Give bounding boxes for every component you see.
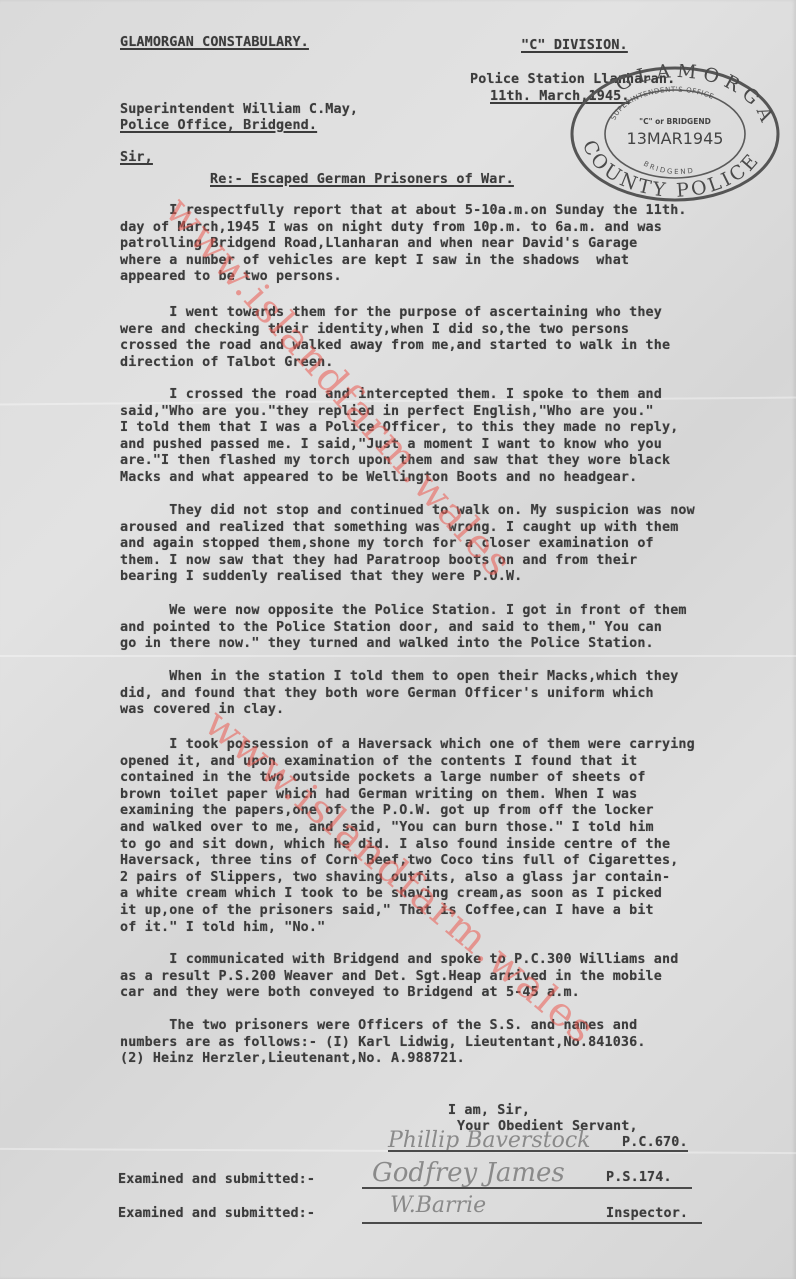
paragraph-line: a white cream which I took to be shaving… bbox=[120, 886, 800, 903]
paragraph-line: said,"Who are you."they replied in perfe… bbox=[120, 404, 800, 421]
paragraph-line: contained in the two outside pockets a l… bbox=[120, 770, 800, 787]
paragraph-line: and pushed passed me. I said,"Just a mom… bbox=[120, 437, 800, 454]
paragraph-line: them. I now saw that they had Paratroop … bbox=[120, 553, 800, 570]
paper-crease bbox=[0, 655, 796, 657]
paragraph-line: I took possession of a Haversack which o… bbox=[120, 737, 800, 754]
paragraph-line: They did not stop and continued to walk … bbox=[120, 503, 800, 520]
signature-line bbox=[362, 1187, 692, 1189]
stamp-date: 13MAR1945 bbox=[627, 129, 724, 148]
paragraph-line: examining the papers,one of the P.O.W. g… bbox=[120, 803, 800, 820]
paragraph-line: I respectfully report that at about 5-10… bbox=[120, 203, 800, 220]
paragraph-line: 2 pairs of Slippers, two shaving outfits… bbox=[120, 870, 800, 887]
paragraph-line: day of March,1945 I was on night duty fr… bbox=[120, 220, 800, 237]
document-page: GLAMORGAN CONSTABULARY. "C" DIVISION. Po… bbox=[0, 0, 796, 1279]
subject-line: Re:- Escaped German Prisoners of War. bbox=[210, 172, 514, 189]
paragraph-communication: I communicated with Bridgend and spoke t… bbox=[120, 952, 800, 1002]
paragraph-line: Macks and what appeared to be Wellington… bbox=[120, 470, 800, 487]
paragraph-line: of it." I told him, "No." bbox=[120, 920, 800, 937]
paragraph-line: The two prisoners were Officers of the S… bbox=[120, 1018, 800, 1035]
svg-text:BRIDGEND: BRIDGEND bbox=[642, 160, 695, 176]
paragraph-line: and walked over to me, and said, "You ca… bbox=[120, 820, 800, 837]
paragraph-line: go in there now." they turned and walked… bbox=[120, 636, 800, 653]
stamp-division-line: "C" or BRIDGEND bbox=[639, 117, 711, 126]
paragraph-interception: I crossed the road and intercepted them.… bbox=[120, 387, 800, 487]
paragraph-line: to go and sit down, which he did. I also… bbox=[120, 837, 800, 854]
signature-rank-pc: P.C.670. bbox=[622, 1135, 688, 1152]
paragraph-line: I crossed the road and intercepted them.… bbox=[120, 387, 800, 404]
signature-ps: Godfrey James bbox=[372, 1158, 565, 1188]
paragraph-line: and pointed to the Police Station door, … bbox=[120, 620, 800, 637]
paragraph-police-station: We were now opposite the Police Station.… bbox=[120, 603, 800, 653]
endorsement-rank-2: Inspector. bbox=[606, 1206, 688, 1223]
paragraph-haversack: I took possession of a Haversack which o… bbox=[120, 737, 800, 936]
closing-line-1: I am, Sir, bbox=[448, 1103, 530, 1120]
paragraph-approach: I went towards them for the purpose of a… bbox=[120, 305, 800, 371]
paragraph-line: where a number of vehicles are kept I sa… bbox=[120, 253, 800, 270]
endorsement-rank-1: P.S.174. bbox=[606, 1170, 672, 1187]
paragraph-prisoner-names: The two prisoners were Officers of the S… bbox=[120, 1018, 800, 1068]
paragraph-line: numbers are as follows:- (I) Karl Lidwig… bbox=[120, 1035, 800, 1052]
paragraph-line: Haversack, three tins of Corn Beef,two C… bbox=[120, 853, 800, 870]
paragraph-line: patrolling Bridgend Road,Llanharan and w… bbox=[120, 236, 800, 253]
endorsement-label-1: Examined and submitted:- bbox=[118, 1172, 315, 1189]
county-police-stamp: GLAMORGAN COUNTY POLICE SUPERINTENDENT'S… bbox=[568, 64, 782, 204]
paragraph-line: did, and found that they both wore Germa… bbox=[120, 686, 800, 703]
division-heading: "C" DIVISION. bbox=[521, 38, 628, 55]
paragraph-line: are."I then flashed my torch upon them a… bbox=[120, 453, 800, 470]
paragraph-line: car and they were both conveyed to Bridg… bbox=[120, 985, 800, 1002]
paragraph-line: brown toilet paper which had German writ… bbox=[120, 787, 800, 804]
paragraph-line: crossed the road and walked away from me… bbox=[120, 338, 800, 355]
organisation-heading: GLAMORGAN CONSTABULARY. bbox=[120, 35, 309, 52]
salutation: Sir, bbox=[120, 150, 153, 167]
paragraph-line: were and checking their identity,when I … bbox=[120, 322, 800, 339]
paragraph-line: appeared to be two persons. bbox=[120, 269, 800, 286]
paragraph-line: aroused and realized that something was … bbox=[120, 520, 800, 537]
paragraph-line: was covered in clay. bbox=[120, 702, 800, 719]
addressee-name: Superintendent William C.May, bbox=[120, 102, 358, 119]
paragraph-line: I told them that I was a Police Officer,… bbox=[120, 420, 800, 437]
paragraph-line: bearing I suddenly realised that they we… bbox=[120, 569, 800, 586]
stamp-inner-bottom: BRIDGEND bbox=[642, 160, 695, 176]
paragraph-suspicion: They did not stop and continued to walk … bbox=[120, 503, 800, 586]
paragraph-line: When in the station I told them to open … bbox=[120, 669, 800, 686]
addressee-office: Police Office, Bridgend. bbox=[120, 118, 317, 135]
paragraph-line: We were now opposite the Police Station.… bbox=[120, 603, 800, 620]
paragraph-sighting: I respectfully report that at about 5-10… bbox=[120, 203, 800, 286]
endorsement-label-2: Examined and submitted:- bbox=[118, 1206, 315, 1223]
signature-inspector: W.Barrie bbox=[390, 1193, 486, 1218]
paragraph-line: (2) Heinz Herzler,Lieutenant,No. A.98872… bbox=[120, 1051, 800, 1068]
paragraph-uniforms: When in the station I told them to open … bbox=[120, 669, 800, 719]
paragraph-line: it up,one of the prisoners said," That i… bbox=[120, 903, 800, 920]
paragraph-line: as a result P.S.200 Weaver and Det. Sgt.… bbox=[120, 969, 800, 986]
paragraph-line: I went towards them for the purpose of a… bbox=[120, 305, 800, 322]
paragraph-line: I communicated with Bridgend and spoke t… bbox=[120, 952, 800, 969]
paragraph-line: and again stopped them,shone my torch fo… bbox=[120, 536, 800, 553]
paragraph-line: direction of Talbot Green. bbox=[120, 355, 800, 372]
paragraph-line: opened it, and upon examination of the c… bbox=[120, 754, 800, 771]
